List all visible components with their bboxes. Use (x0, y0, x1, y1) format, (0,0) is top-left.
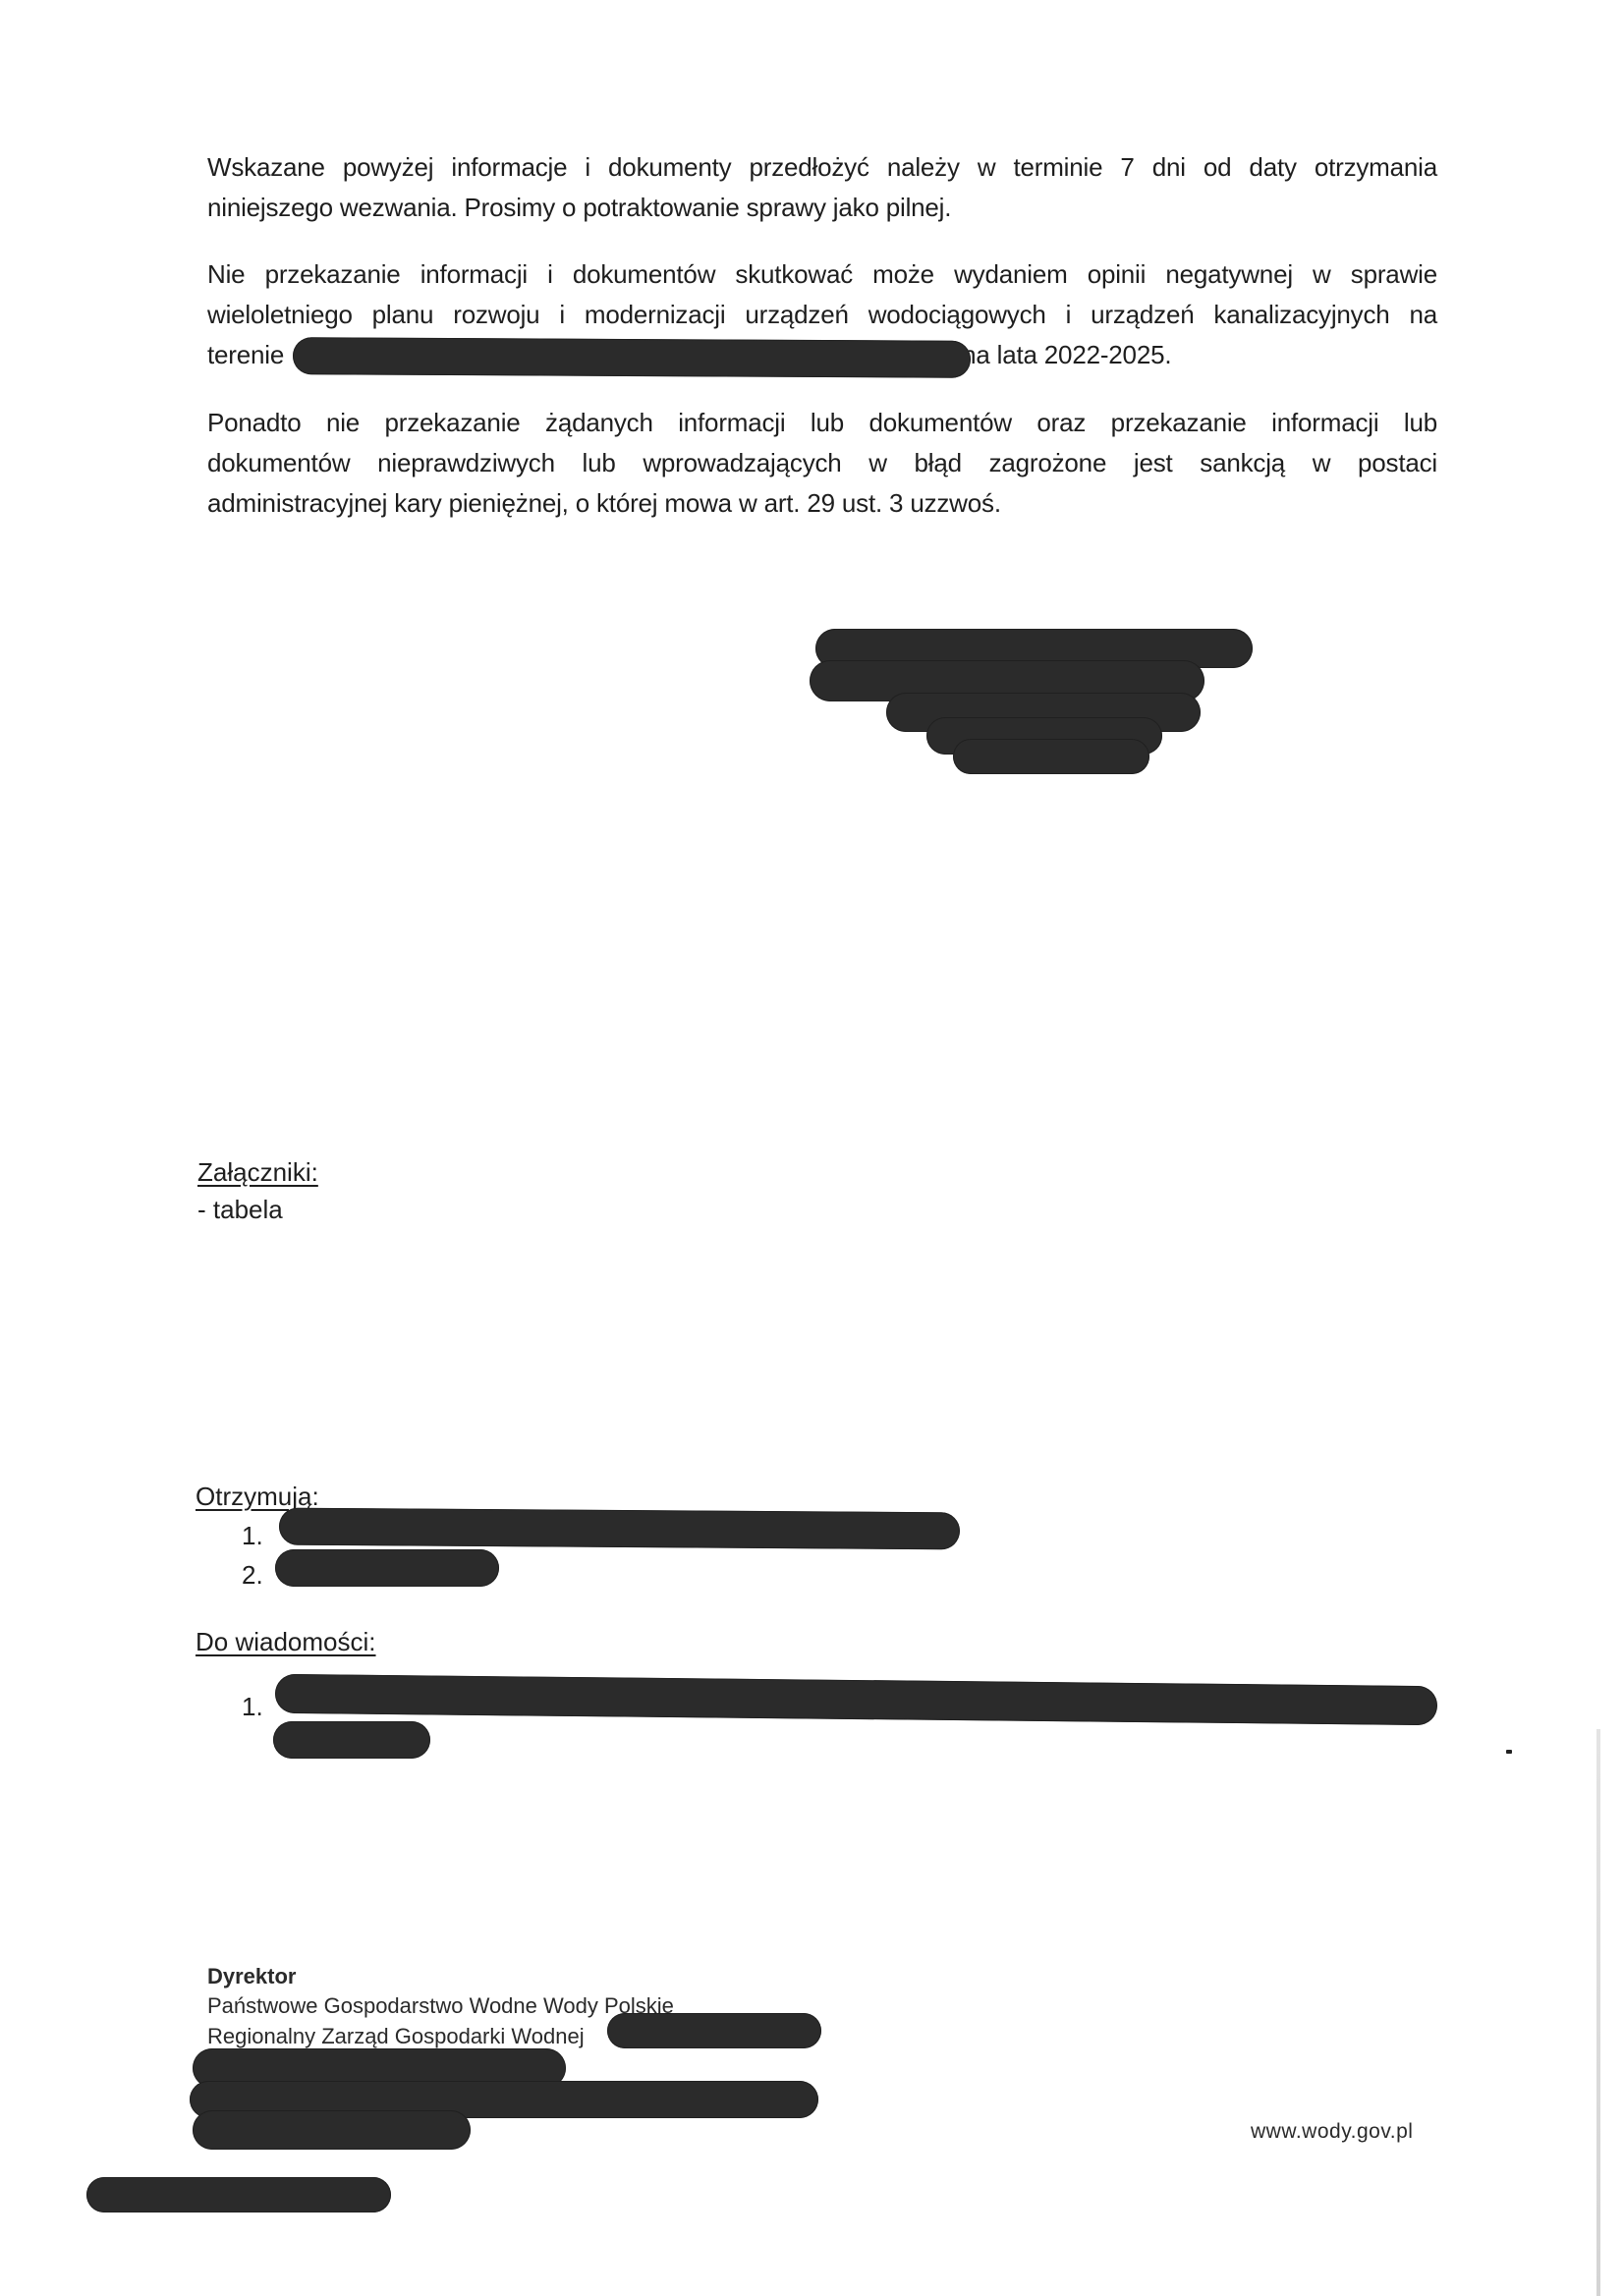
text-before-redaction: terenie (207, 340, 284, 369)
paragraph-line: wieloletniego planu rozwoju i modernizac… (207, 295, 1437, 335)
paragraph-line: dokumentów nieprawdziwych lub wprowadzaj… (207, 443, 1437, 483)
redaction-area-name (293, 337, 971, 378)
redaction-footer-reference (86, 2177, 391, 2212)
redaction-rzgw-name (607, 2013, 821, 2048)
redaction-bar (953, 739, 1149, 774)
signature-org-line-2: Regionalny Zarząd Gospodarki Wodnej (207, 2021, 585, 2051)
paragraph-deadline: Wskazane powyżej informacje i dokumenty … (207, 147, 1437, 228)
recipient-number: 2. (242, 1560, 263, 1591)
paragraph-line: niniejszego wezwania. Prosimy o potrakto… (207, 188, 1437, 228)
paragraph-sanction: Ponadto nie przekazanie żądanych informa… (207, 403, 1437, 524)
paragraph-line: Nie przekazanie informacji i dokumentów … (207, 254, 1437, 295)
scan-page-edge (1596, 1729, 1600, 2296)
redaction-recipient-1 (279, 1508, 960, 1550)
paragraph-line: Wskazane powyżej informacje i dokumenty … (207, 147, 1437, 188)
redaction-recipient-2 (275, 1549, 499, 1587)
signature-title: Dyrektor (207, 1961, 296, 1991)
attachment-item: - tabela (197, 1195, 283, 1225)
redaction-cc-1-continued (273, 1721, 430, 1759)
paragraph-line: administracyjnej kary pieniężnej, o któr… (207, 483, 1437, 524)
redaction-cc-1 (275, 1674, 1437, 1725)
recipient-number: 1. (242, 1521, 263, 1551)
cc-number: 1. (242, 1692, 263, 1722)
cc-heading: Do wiadomości: (196, 1627, 376, 1657)
paragraph-line: Ponadto nie przekazanie żądanych informa… (207, 403, 1437, 443)
signature-org-line-1: Państwowe Gospodarstwo Wodne Wody Polski… (207, 1990, 674, 2021)
footer-website: www.wody.gov.pl (1251, 2120, 1413, 2144)
attachments-heading: Załączniki: (197, 1157, 318, 1188)
text-after-redaction: na lata 2022-2025. (962, 340, 1171, 369)
redaction-bar (193, 2110, 471, 2150)
scan-artifact-dot (1506, 1750, 1512, 1754)
